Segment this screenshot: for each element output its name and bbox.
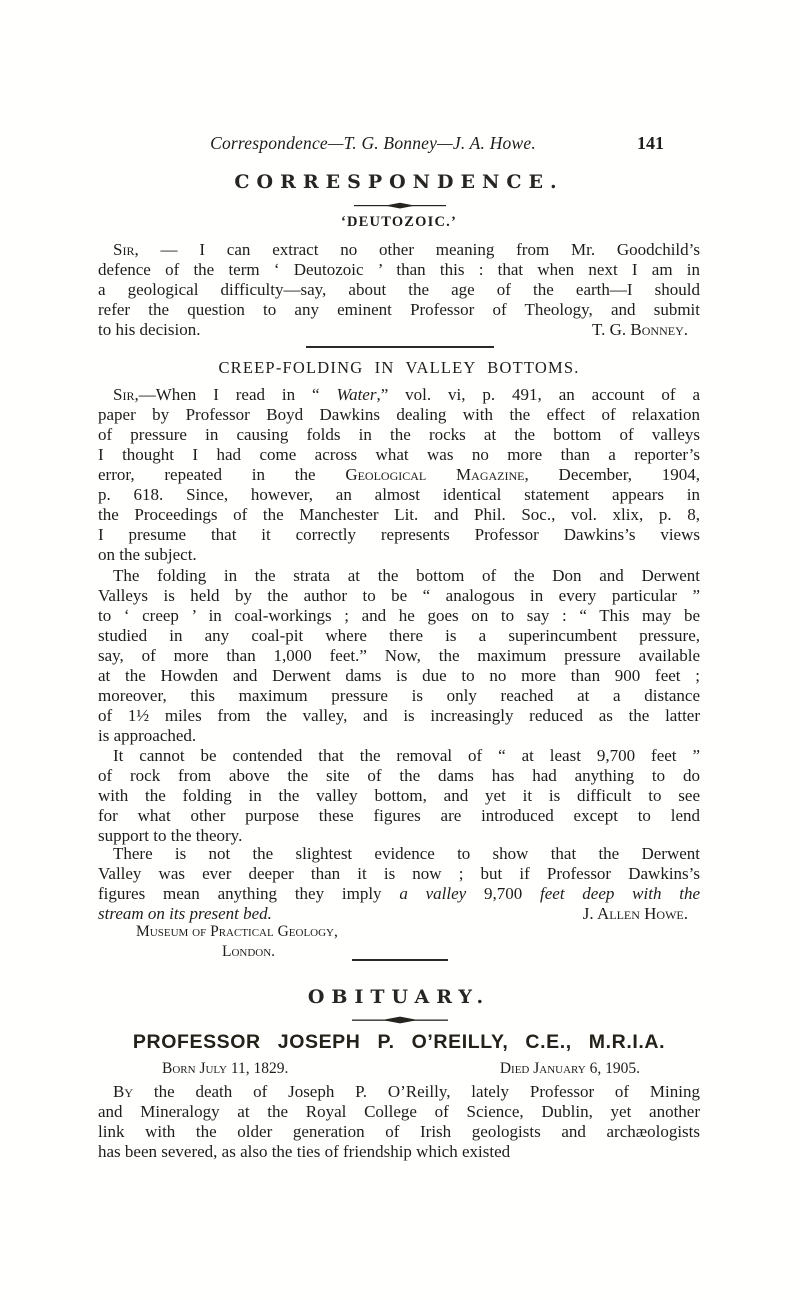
signature: J. Allen Howe. [583, 904, 700, 924]
text-line: p. 618. Since, however, an almost identi… [98, 485, 700, 505]
obituary-body: By the death of Joseph P. O’Reilly, late… [98, 1082, 700, 1162]
text-line: error, repeated in the Geological Magazi… [98, 465, 700, 485]
author-address: Museum of Practical Geology, London. [98, 922, 700, 962]
swelled-rule-ornament-icon [352, 1015, 448, 1025]
page-number: 141 [637, 133, 664, 154]
page-header: Correspondence—T. G. Bonney—J. A. Howe. … [98, 133, 700, 155]
deutozoic-heading: ‘DEUTOZOIC.’ [98, 214, 700, 231]
text-line: link with the older generation of Irish … [98, 1122, 700, 1142]
text-line: say, of more than 1,000 feet.” Now, the … [98, 646, 700, 666]
text-line: I presume that it correctly represents P… [98, 525, 700, 545]
section-divider-rule [306, 346, 494, 348]
text-line: Sir,—When I read in “ Water,” vol. vi, p… [98, 385, 700, 405]
text-line: is approached. [98, 726, 700, 746]
howe-letter-paragraph-2: The folding in the strata at the bottom … [98, 566, 700, 746]
obituary-heading: OBITUARY. [98, 986, 700, 1008]
howe-letter-paragraph-4: There is not the slightest evidence to s… [98, 844, 700, 924]
died-date: Died January 6, 1905. [500, 1060, 640, 1078]
signature: T. G. Bonney. [592, 320, 700, 340]
text-line: at the Howden and Derwent dams is due to… [98, 666, 700, 686]
text-line: has been severed, as also the ties of fr… [98, 1142, 700, 1162]
text-line: Valleys is held by the author to be “ an… [98, 586, 700, 606]
text-line: of pressure in causing folds in the rock… [98, 425, 700, 445]
text-line: I thought I had come across what was no … [98, 445, 700, 465]
text-line: for what other purpose these figures are… [98, 806, 700, 826]
obituary-title: PROFESSOR JOSEPH P. O’REILLY, C.E., M.R.… [98, 1031, 700, 1054]
text-line: of rock from above the site of the dams … [98, 766, 700, 786]
scanned-journal-page: Correspondence—T. G. Bonney—J. A. Howe. … [0, 0, 800, 1300]
text-line: defence of the term ‘ Deutozoic ’ than t… [98, 260, 700, 280]
text-line: to his decision.T. G. Bonney. [98, 320, 700, 340]
howe-letter-paragraph-3: It cannot be contended that the removal … [98, 746, 700, 846]
creep-folding-heading: CREEP-FOLDING IN VALLEY BOTTOMS. [98, 358, 700, 378]
text-line: the Proceedings of the Manchester Lit. a… [98, 505, 700, 525]
howe-letter-paragraph-1: Sir,—When I read in “ Water,” vol. vi, p… [98, 385, 700, 565]
text-line: moreover, this maximum pressure is only … [98, 686, 700, 706]
text-line: stream on its present bed.J. Allen Howe. [98, 904, 700, 924]
text-line: refer the question to any eminent Profes… [98, 300, 700, 320]
text-line: support to the theory. [98, 826, 700, 846]
bonney-letter-body: Sir, — I can extract no other meaning fr… [98, 240, 700, 340]
text-line: There is not the slightest evidence to s… [98, 844, 700, 864]
text-line: a geological difficulty—say, about the a… [98, 280, 700, 300]
text-line: of 1½ miles from the valley, and is incr… [98, 706, 700, 726]
text-line: on the subject. [98, 545, 700, 565]
text-line: to ‘ creep ’ in coal-workings ; and he g… [98, 606, 700, 626]
swelled-rule-ornament-icon [354, 201, 446, 210]
address-line-institution: Museum of Practical Geology, [98, 922, 700, 942]
section-divider-rule [352, 959, 448, 961]
text-line: paper by Professor Boyd Dawkins dealing … [98, 405, 700, 425]
text-line: with the folding in the valley bottom, a… [98, 786, 700, 806]
text-line: and Mineralogy at the Royal College of S… [98, 1102, 700, 1122]
text-line: Valley was ever deeper than it is now ; … [98, 864, 700, 884]
text-line: figures mean anything they imply a valle… [98, 884, 700, 904]
text-line: By the death of Joseph P. O’Reilly, late… [98, 1082, 700, 1102]
text-line: Sir, — I can extract no other meaning fr… [98, 240, 700, 260]
running-title: Correspondence—T. G. Bonney—J. A. Howe. [98, 133, 700, 154]
born-date: Born July 11, 1829. [162, 1060, 288, 1078]
text-line: The folding in the strata at the bottom … [98, 566, 700, 586]
text-line: It cannot be contended that the removal … [98, 746, 700, 766]
text-line: studied in any coal-pit where there is a… [98, 626, 700, 646]
correspondence-heading: CORRESPONDENCE. [98, 171, 700, 193]
obituary-dates: Born July 11, 1829. Died January 6, 1905… [98, 1060, 700, 1078]
